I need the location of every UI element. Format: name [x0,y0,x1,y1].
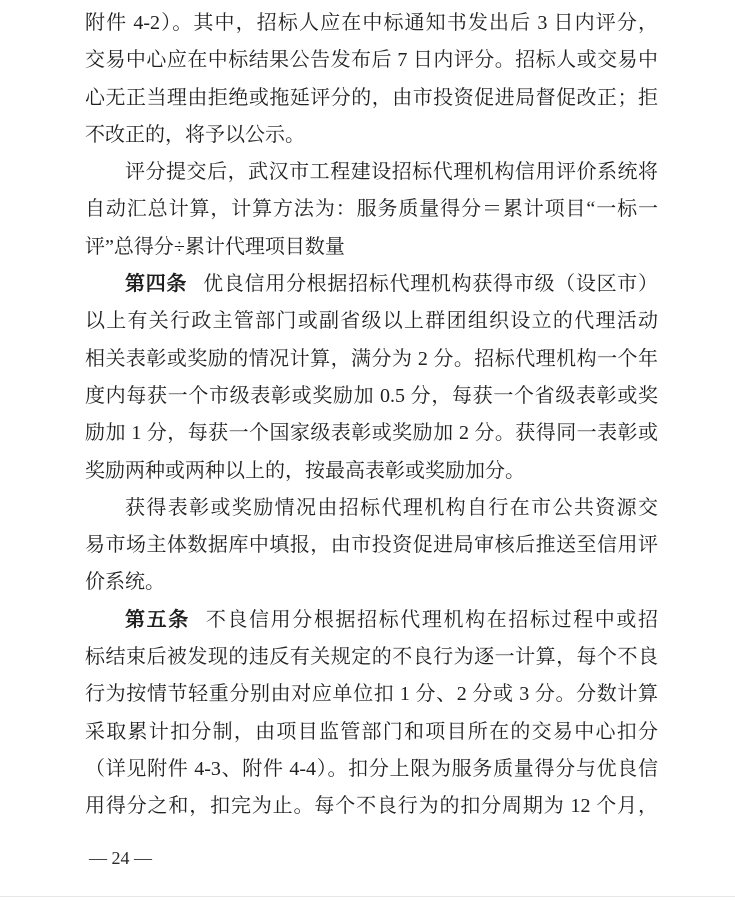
text-line: 不改正的，将予以公示。 [85,117,658,154]
text-line: 易市场主体数据库中填报，由市投资促进局审核后推送至信用评 [85,527,658,564]
text-line: 相关表彰或奖励的情况计算，满分为 2 分。招标代理机构一个年 [85,341,658,378]
text-line: 奖励两种或两种以上的，按最高表彰或奖励加分。 [85,453,658,490]
article-5-body-start: 不良信用分根据招标代理机构在招标过程中或招 [206,609,658,631]
text-line-article-5: 第五条不良信用分根据招标代理机构在招标过程中或招 [85,602,658,639]
text-line: （详见附件 4-3、附件 4-4）。扣分上限为服务质量得分与优良信 [85,751,658,788]
text-line: 以上有关行政主管部门或副省级以上群团组织设立的代理活动 [85,303,658,340]
text-block: 附件 4-2）。其中，招标人应在中标通知书发出后 3 日内评分， 交易中心应在中… [0,0,735,826]
text-line: 评分提交后，武汉市工程建设招标代理机构信用评价系统将 [85,154,658,191]
text-line-article-4: 第四条优良信用分根据招标代理机构获得市级（设区市） [85,266,658,303]
article-4-heading: 第四条 [125,273,187,295]
text-line: 行为按情节轻重分别由对应单位扣 1 分、2 分或 3 分。分数计算 [85,676,658,713]
text-line: 心无正当理由拒绝或拖延评分的，由市投资促进局督促改正；拒 [85,80,658,117]
article-5-heading: 第五条 [125,609,190,631]
text-line: 励加 1 分，每获一个国家级表彰或奖励加 2 分。获得同一表彰或 [85,415,658,452]
text-line: 获得表彰或奖励情况由招标代理机构自行在市公共资源交 [85,490,658,527]
text-line: 交易中心应在中标结果公告发布后 7 日内评分。招标人或交易中 [85,42,658,79]
article-4-body-start: 优良信用分根据招标代理机构获得市级（设区市） [203,273,658,295]
text-line: 用得分之和，扣完为止。每个不良行为的扣分周期为 12 个月， [85,788,658,825]
text-line: 自动汇总计算，计算方法为：服务质量得分＝累计项目“一标一 [85,191,658,228]
text-line: 采取累计扣分制，由项目监管部门和项目所在的交易中心扣分 [85,714,658,751]
page-number: — 24 — [89,848,735,868]
text-line: 度内每获一个市级表彰或奖励加 0.5 分，每获一个省级表彰或奖 [85,378,658,415]
text-line: 价系统。 [85,564,658,601]
text-line: 附件 4-2）。其中，招标人应在中标通知书发出后 3 日内评分， [85,5,658,42]
text-line: 评”总得分÷累计代理项目数量 [85,229,658,266]
text-line: 标结束后被发现的违反有关规定的不良行为逐一计算，每个不良 [85,639,658,676]
scan-bottom-edge [0,896,735,897]
document-page: 附件 4-2）。其中，招标人应在中标通知书发出后 3 日内评分， 交易中心应在中… [0,0,735,900]
